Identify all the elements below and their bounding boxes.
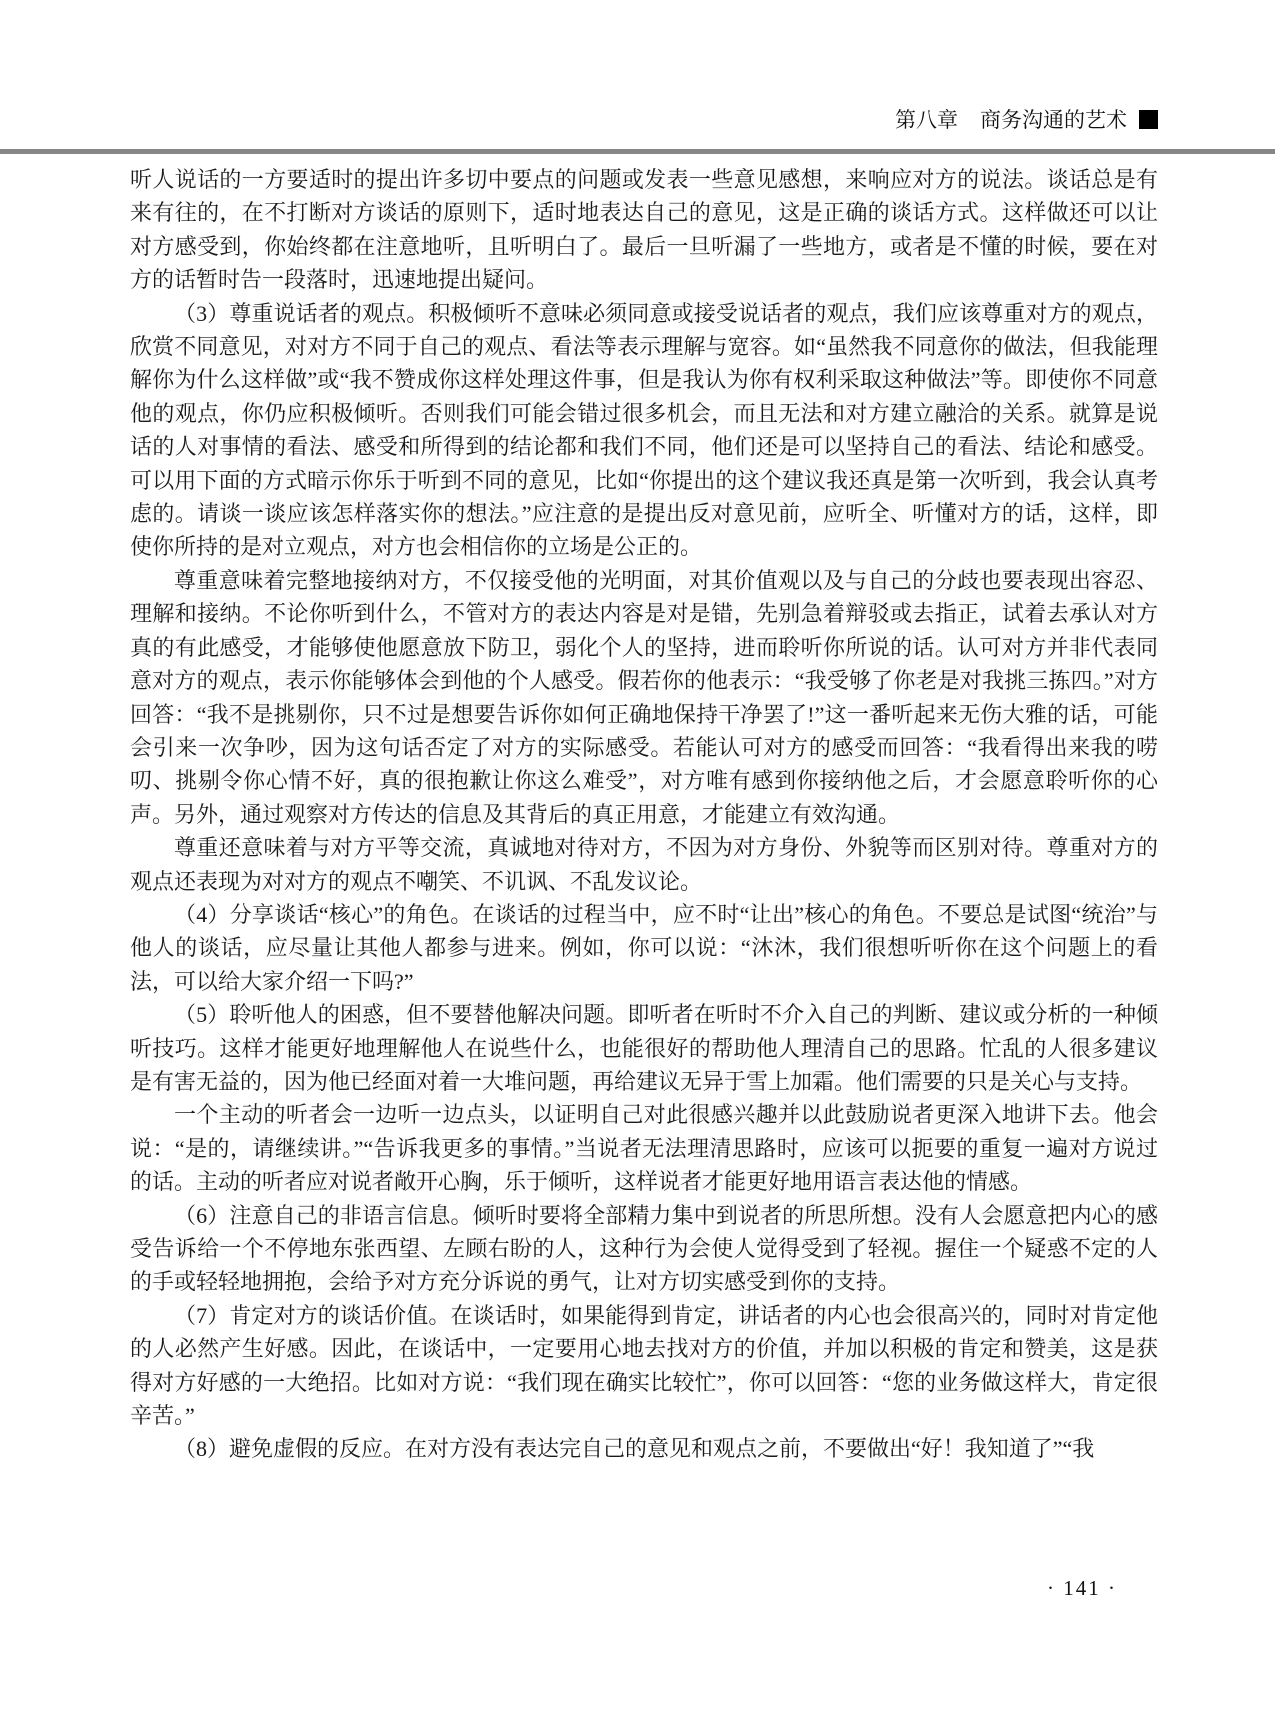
running-head-title: 商务沟通的艺术 — [980, 108, 1127, 132]
running-head-chapter: 第八章 — [895, 108, 958, 132]
paragraph: （3）尊重说话者的观点。积极倾听不意味必须同意或接受说话者的观点，我们应该尊重对… — [130, 297, 1158, 564]
paragraph: （4）分享谈话“核心”的角色。在谈话的过程当中，应不时“让出”核心的角色。不要总… — [130, 898, 1158, 998]
running-head: 第八章商务沟通的艺术 — [895, 107, 1158, 133]
paragraph: （5）聆听他人的困惑，但不要替他解决问题。即听者在听时不介入自己的判断、建议或分… — [130, 998, 1158, 1098]
paragraph: 一个主动的听者会一边听一边点头，以证明自己对此很感兴趣并以此鼓励说者更深入地讲下… — [130, 1098, 1158, 1198]
paragraph: （7）肯定对方的谈话价值。在谈话时，如果能得到肯定，讲话者的内心也会很高兴的，同… — [130, 1299, 1158, 1433]
page-number: · 141 · — [1047, 1576, 1117, 1601]
paragraph: （6）注意自己的非语言信息。倾听时要将全部精力集中到说者的所思所想。没有人会愿意… — [130, 1199, 1158, 1299]
paragraph: （8）避免虚假的反应。在对方没有表达完自己的意见和观点之前，不要做出“好！我知道… — [130, 1432, 1158, 1465]
header-rule — [0, 149, 1275, 154]
paragraph: 尊重意味着完整地接纳对方，不仅接受他的光明面，对其价值观以及与自己的分歧也要表现… — [130, 564, 1158, 831]
book-page: 第八章商务沟通的艺术 听人说话的一方要适时的提出许多切中要点的问题或发表一些意见… — [0, 0, 1275, 1718]
page-body: 听人说话的一方要适时的提出许多切中要点的问题或发表一些意见感想，来响应对方的说法… — [130, 163, 1158, 1466]
paragraph: 听人说话的一方要适时的提出许多切中要点的问题或发表一些意见感想，来响应对方的说法… — [130, 163, 1158, 297]
black-square-icon — [1139, 110, 1158, 129]
paragraph: 尊重还意味着与对方平等交流，真诚地对待对方，不因为对方身份、外貌等而区别对待。尊… — [130, 831, 1158, 898]
